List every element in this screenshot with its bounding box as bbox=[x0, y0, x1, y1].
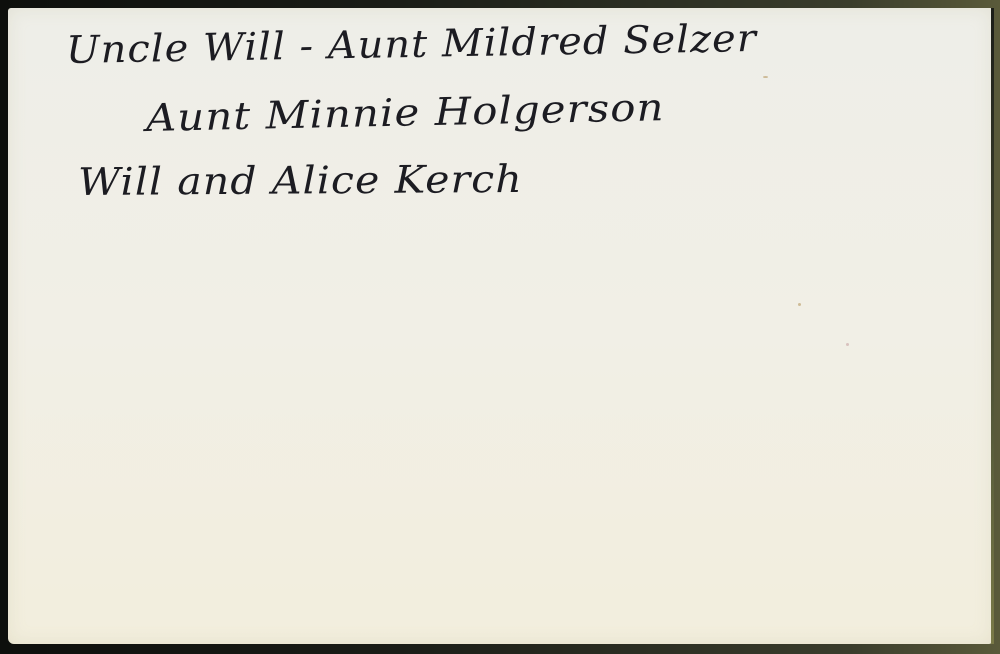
handwritten-line-2: Aunt Minnie Holgerson bbox=[146, 85, 665, 140]
handwritten-line-1: Uncle Will - Aunt Mildred Selzer bbox=[66, 16, 758, 72]
paper-speck bbox=[846, 343, 849, 346]
paper-speck bbox=[798, 303, 801, 306]
paper-speck bbox=[763, 76, 768, 78]
photo-back-card: Uncle Will - Aunt Mildred Selzer Aunt Mi… bbox=[8, 8, 992, 644]
scan-background: Uncle Will - Aunt Mildred Selzer Aunt Mi… bbox=[0, 0, 1000, 654]
handwritten-line-3: Will and Alice Kerch bbox=[78, 157, 523, 204]
